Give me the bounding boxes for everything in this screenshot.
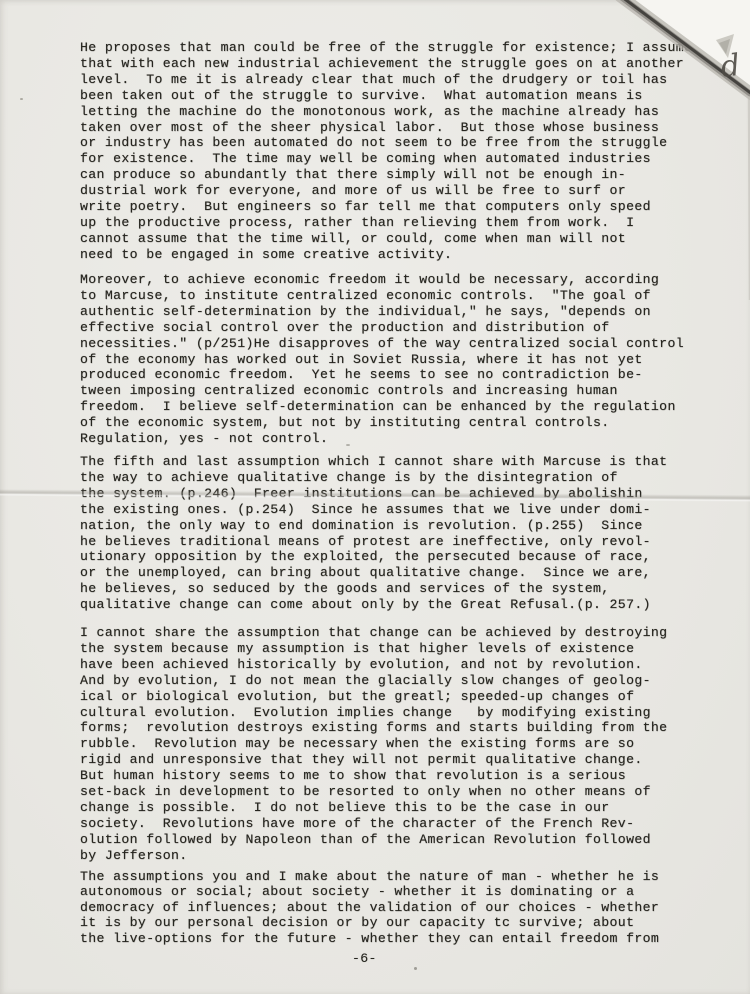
- paragraph-2: Moreover, to achieve economic freedom it…: [80, 272, 684, 447]
- handwritten-d-mark: d: [719, 48, 742, 85]
- paper-speck: [414, 967, 417, 970]
- document-page: He proposes that man could be free of th…: [0, 0, 750, 994]
- paper-speck: [20, 98, 23, 100]
- paragraph-5: The assumptions you and I make about the…: [80, 869, 659, 946]
- paragraph-3: The fifth and last assumption which I ca…: [80, 454, 667, 613]
- pencil-smudge: [716, 34, 734, 58]
- paragraph-1: He proposes that man could be free of th…: [80, 40, 692, 263]
- pencil-smudge-dark: [719, 39, 730, 54]
- paragraph-4: I cannot share the assumption that chang…: [80, 625, 667, 864]
- page-number: -6-: [352, 951, 377, 966]
- paper-speck: [346, 444, 350, 446]
